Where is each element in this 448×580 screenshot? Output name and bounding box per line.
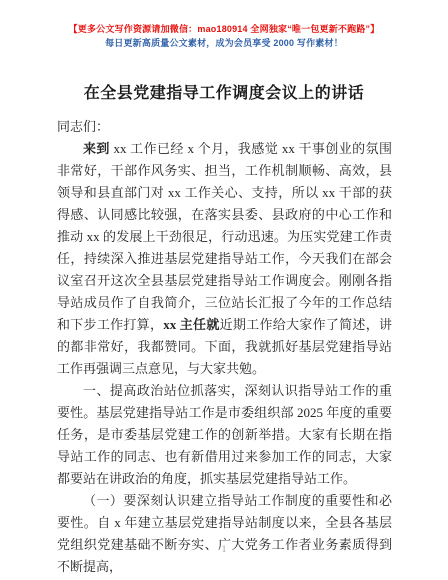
promo-banner-line2: 每日更新高质量公文素材，成为会员享受 2000 写作素材！ [0,36,448,50]
page-number: 1 [0,544,448,554]
paragraph: （一）要深刻认识建立指导站工作制度的重要性和必要性。自 x 年建立基层党建指导站… [57,490,392,578]
bold-text-run: xx 主任就 [163,317,219,332]
text-run: （一）要深刻认识建立指导站工作制度的重要性和必要性。自 x 年建立基层党建指导站… [57,493,392,574]
text-run: 同志们： [57,119,109,134]
page-title: 在全县党建指导工作调度会议上的讲话 [0,82,448,106]
paragraph: 同志们： [57,116,392,138]
paragraph: 来到 xx 工作已经 x 个月，我感觉 xx 干事创业的氛围非常好，干部作风务实… [57,138,392,380]
text-run: xx 工作已经 x 个月，我感觉 xx 干事创业的氛围非常好，干部作风务实、担当… [57,141,392,332]
bold-text-run: 来到 [83,141,110,156]
text-run: 一、提高政治站位抓落实，深刻认识指导站工作的重要性。基层党建指导站工作是市委组织… [57,383,392,486]
paragraph: 一、提高政治站位抓落实，深刻认识指导站工作的重要性。基层党建指导站工作是市委组织… [57,380,392,490]
promo-header: 【更多公文写作资源请加微信：mao180914 全网独家“唯一包更新不跑路”】 … [0,0,448,50]
document-body: 同志们：来到 xx 工作已经 x 个月，我感觉 xx 干事创业的氛围非常好，干部… [57,116,392,578]
document-page: 【更多公文写作资源请加微信：mao180914 全网独家“唯一包更新不跑路”】 … [0,0,448,580]
promo-banner-line1: 【更多公文写作资源请加微信：mao180914 全网独家“唯一包更新不跑路”】 [0,22,448,36]
